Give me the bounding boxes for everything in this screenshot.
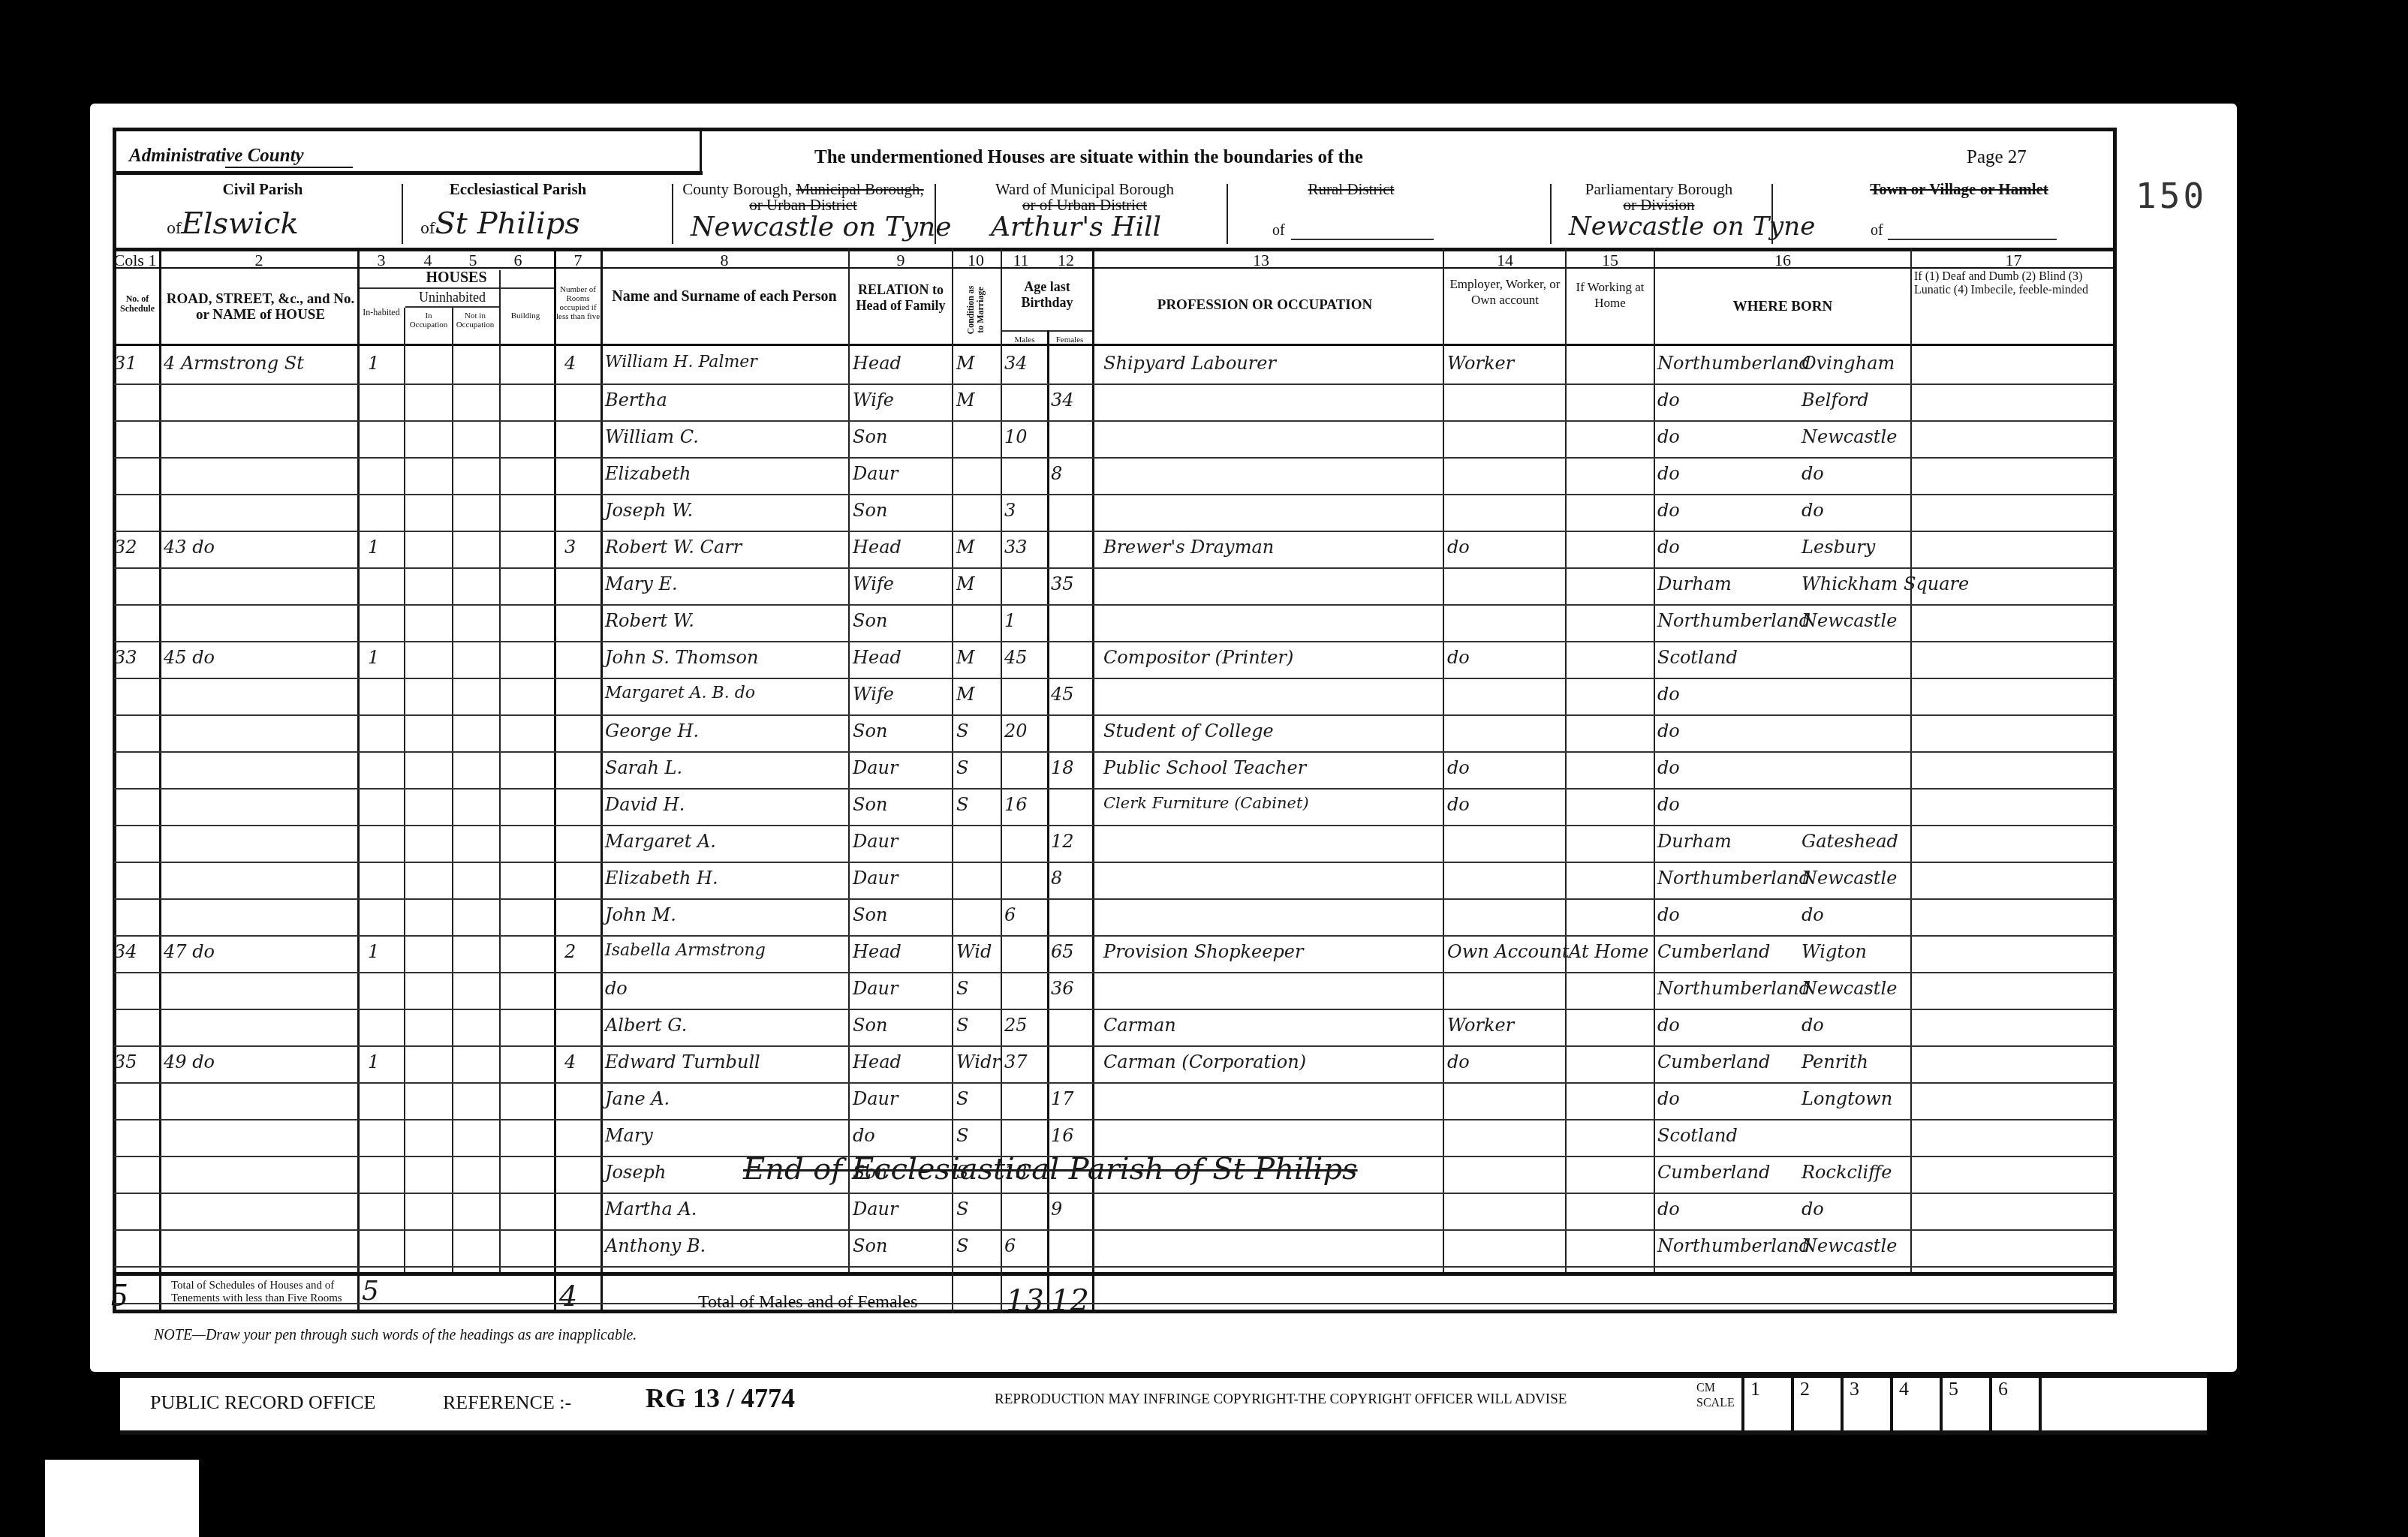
birthplace-county: do <box>1657 684 1800 705</box>
age-female: 17 <box>1051 1088 1090 1109</box>
marital-condition: S <box>956 1015 998 1036</box>
age-female: 65 <box>1051 941 1090 962</box>
relation: Head <box>853 353 950 374</box>
relation: Head <box>853 1051 950 1072</box>
person-name: Mary <box>605 1125 847 1146</box>
birthplace-town: Newcastle <box>1801 1235 1910 1256</box>
person-name: John S. Thomson <box>605 647 847 668</box>
marital-condition: M <box>956 537 998 558</box>
age-female: 36 <box>1051 978 1090 999</box>
schedule-number: 34 <box>114 941 159 962</box>
col-divider <box>357 248 360 1313</box>
relation: Daur <box>853 757 950 778</box>
birthplace-county: do <box>1657 1015 1800 1036</box>
col-divider <box>554 248 556 1313</box>
birthplace-town: do <box>1801 500 1910 521</box>
birthplace-county: do <box>1657 757 1800 778</box>
age-male: 33 <box>1004 537 1045 558</box>
form-note: NOTE—Draw your pen through such words of… <box>154 1327 637 1344</box>
age-male: 20 <box>1004 720 1045 741</box>
scale-tick: 2 <box>1791 1378 1841 1430</box>
marital-condition: S <box>956 978 998 999</box>
footer-office: PUBLIC RECORD OFFICE <box>150 1391 376 1414</box>
birthplace-county: do <box>1657 1088 1800 1109</box>
row-rule <box>114 898 2115 900</box>
scale-tick: 3 <box>1841 1378 1890 1430</box>
birthplace-county: do <box>1657 537 1800 558</box>
age-male: 3 <box>1004 500 1045 521</box>
marital-condition: S <box>956 1125 998 1146</box>
marital-condition: S <box>956 1235 998 1256</box>
employment-status: do <box>1447 1051 1564 1072</box>
rooms-count: 4 <box>564 353 594 374</box>
total-males: 13 <box>1006 1283 1044 1318</box>
header-employment: Employer, Worker, or Own account <box>1445 276 1565 308</box>
scale-tick: 6 <box>1989 1378 2039 1430</box>
birthplace-town: Ovingham <box>1801 353 1910 374</box>
address: 45 do <box>164 647 355 668</box>
schedule-number: 31 <box>114 353 159 374</box>
relation: Son <box>853 426 950 447</box>
occupation: Public School Teacher <box>1103 757 1441 778</box>
employment-status: do <box>1447 794 1564 815</box>
occupation: Provision Shopkeeper <box>1103 941 1441 962</box>
row-rule <box>114 714 2115 716</box>
person-name: David H. <box>605 794 847 815</box>
employment-status: do <box>1447 537 1564 558</box>
relation: Son <box>853 1235 950 1256</box>
birthplace-county: Cumberland <box>1657 941 1800 962</box>
rooms-count: 2 <box>564 941 594 962</box>
birthplace-town: do <box>1801 904 1910 925</box>
birthplace-county: Scotland <box>1657 1125 1800 1146</box>
person-name: Anthony B. <box>605 1235 847 1256</box>
age-male: 34 <box>1004 353 1045 374</box>
relation: Wife <box>853 390 950 411</box>
header-where-born: WHERE BORN <box>1655 299 1910 314</box>
col-divider <box>452 308 453 1272</box>
footer-copyright: REPRODUCTION MAY INFRINGE COPYRIGHT-THE … <box>995 1391 1567 1408</box>
employment-status: Worker <box>1447 353 1564 374</box>
birthplace-county: Scotland <box>1657 647 1800 668</box>
scale-tick: 5 <box>1940 1378 1989 1430</box>
scan-label-patch <box>45 1460 199 1537</box>
relation: Son <box>853 500 950 521</box>
birthplace-town: do <box>1801 1199 1910 1220</box>
header-not-in-occupation: Not in Occupation <box>452 311 498 329</box>
scale-tick: 4 <box>1890 1378 1940 1430</box>
age-male: 6 <box>1004 904 1045 925</box>
age-male: 6 <box>1004 1235 1045 1256</box>
marital-condition: S <box>956 757 998 778</box>
header-address: ROAD, STREET, &c., and No. or NAME of HO… <box>164 291 357 323</box>
birthplace-town: Wigton <box>1801 941 1910 962</box>
total-schedules-label: Total of Schedules of Houses and of Tene… <box>171 1280 351 1305</box>
inhabited-mark: 1 <box>368 353 398 374</box>
inhabited-mark: 1 <box>368 1051 398 1072</box>
header-name: Name and Surname of each Person <box>600 289 848 305</box>
person-name: Bertha <box>605 390 847 411</box>
header-inhabited: In-habited <box>359 308 404 317</box>
row-rule <box>114 751 2115 753</box>
total-inhabited: 5 <box>362 1276 379 1307</box>
total-schedules-count: 5 <box>111 1276 128 1314</box>
header-at-home: If Working at Home <box>1565 279 1655 311</box>
relation: Head <box>853 941 950 962</box>
header-occupation: PROFESSION OR OCCUPATION <box>1103 297 1426 313</box>
person-name: Joseph W. <box>605 500 847 521</box>
working-at-home: At Home <box>1569 941 1653 962</box>
occupation: Brewer's Drayman <box>1103 537 1441 558</box>
col-divider <box>404 308 405 1272</box>
row-rule <box>114 1229 2115 1231</box>
footer-scale-label: CM SCALE <box>1696 1381 1734 1411</box>
birthplace-town: Whickham Square <box>1801 573 1910 594</box>
marital-condition: M <box>956 573 998 594</box>
marital-condition: M <box>956 390 998 411</box>
schedule-number: 32 <box>114 537 159 558</box>
person-name: Robert W. <box>605 610 847 631</box>
inhabited-mark: 1 <box>368 941 398 962</box>
scale-end <box>2039 1378 2129 1430</box>
person-name: John M. <box>605 904 847 925</box>
relation: Daur <box>853 831 950 852</box>
birthplace-town: Newcastle <box>1801 426 1910 447</box>
age-female: 18 <box>1051 757 1090 778</box>
relation: do <box>853 1125 950 1146</box>
row-rule <box>114 1119 2115 1120</box>
houses-rule <box>359 287 554 289</box>
relation: Daur <box>853 868 950 889</box>
occupation: Student of College <box>1103 720 1441 741</box>
birthplace-town: Gateshead <box>1801 831 1910 852</box>
birthplace-county: Northumberland <box>1657 978 1800 999</box>
row-rule <box>114 935 2115 937</box>
employment-status: Own Account <box>1447 941 1564 962</box>
person-name: William C. <box>605 426 847 447</box>
birthplace-county: Cumberland <box>1657 1051 1800 1072</box>
birthplace-town: Rockcliffe <box>1801 1162 1910 1183</box>
marital-condition: S <box>956 720 998 741</box>
row-rule <box>114 457 2115 459</box>
person-name: Jane A. <box>605 1088 847 1109</box>
col-number-rule <box>113 267 2117 269</box>
header-houses: HOUSES <box>359 270 554 286</box>
relation: Daur <box>853 1199 950 1220</box>
age-male: 25 <box>1004 1015 1045 1036</box>
age-female: 8 <box>1051 868 1090 889</box>
total-tenements: 4 <box>559 1280 577 1313</box>
age-female: 8 <box>1051 463 1090 484</box>
address: 47 do <box>164 941 355 962</box>
person-name: Elizabeth <box>605 463 847 484</box>
person-name: Albert G. <box>605 1015 847 1036</box>
birthplace-town: Longtown <box>1801 1088 1910 1109</box>
scale-tick: 1 <box>1741 1378 1791 1430</box>
age-male: 45 <box>1004 647 1045 668</box>
marital-condition: Widr <box>956 1051 998 1072</box>
header-age-females: Females <box>1047 332 1092 348</box>
row-rule <box>114 1193 2115 1194</box>
header-uninhabited: Uninhabited <box>405 290 499 305</box>
age-female: 45 <box>1051 684 1090 705</box>
marital-condition: Wid <box>956 941 998 962</box>
birthplace-town: do <box>1801 1015 1910 1036</box>
row-rule <box>114 1009 2115 1010</box>
person-name: do <box>605 978 847 999</box>
employment-status: do <box>1447 647 1564 668</box>
row-rule <box>114 1303 2115 1304</box>
birthplace-county: do <box>1657 500 1800 521</box>
relation: Head <box>853 537 950 558</box>
relation: Son <box>853 720 950 741</box>
schedule-number: 35 <box>114 1051 159 1072</box>
row-rule <box>114 420 2115 422</box>
occupation: Carman <box>1103 1015 1441 1036</box>
birthplace-county: Northumberland <box>1657 610 1800 631</box>
birthplace-town: Penrith <box>1801 1051 1910 1072</box>
relation: Daur <box>853 1088 950 1109</box>
address: 49 do <box>164 1051 355 1072</box>
row-rule <box>114 862 2115 863</box>
header-infirmity: If (1) Deaf and Dumb (2) Blind (3) Lunat… <box>1914 270 2109 297</box>
employment-status: Worker <box>1447 1015 1564 1036</box>
row-rule <box>114 825 2115 826</box>
row-rule <box>114 604 2115 606</box>
relation: Daur <box>853 978 950 999</box>
marital-condition: S <box>956 794 998 815</box>
birthplace-county: do <box>1657 463 1800 484</box>
header-age-males: Males <box>1002 332 1047 348</box>
age-female: 34 <box>1051 390 1090 411</box>
birthplace-town: Belford <box>1801 390 1910 411</box>
footer-reference-label: REFERENCE :- <box>443 1391 571 1414</box>
address: 43 do <box>164 537 355 558</box>
age-female: 16 <box>1051 1125 1090 1146</box>
age-male: 16 <box>1004 794 1045 815</box>
header-building: Building <box>499 311 552 320</box>
row-rule <box>114 567 2115 569</box>
row-rule <box>114 531 2115 532</box>
person-name: Edward Turnbull <box>605 1051 847 1072</box>
person-name: Isabella Armstrong <box>605 941 847 960</box>
relation: Son <box>853 794 950 815</box>
totals-rule <box>113 1272 2117 1276</box>
relation: Head <box>853 647 950 668</box>
header-age: Age last Birthday <box>1002 279 1092 311</box>
birthplace-county: do <box>1657 390 1800 411</box>
relation: Son <box>853 1015 950 1036</box>
inhabited-mark: 1 <box>368 647 398 668</box>
row-rule <box>114 678 2115 679</box>
birthplace-county: do <box>1657 904 1800 925</box>
person-name: Robert W. Carr <box>605 537 847 558</box>
inhabited-mark: 1 <box>368 537 398 558</box>
person-name: Margaret A. B. do <box>605 684 847 702</box>
birthplace-county: do <box>1657 794 1800 815</box>
marital-condition: S <box>956 1088 998 1109</box>
header-in-occupation: In Occupation <box>405 311 452 329</box>
row-rule <box>114 972 2115 973</box>
person-name: Sarah L. <box>605 757 847 778</box>
row-rule <box>114 383 2115 385</box>
birthplace-county: do <box>1657 1199 1800 1220</box>
header-schedule: No. of Schedule <box>114 294 161 314</box>
person-name: Margaret A. <box>605 831 847 852</box>
birthplace-county: Cumberland <box>1657 1162 1800 1183</box>
person-name: William H. Palmer <box>605 353 847 371</box>
age-male: 1 <box>1004 610 1045 631</box>
row-rule <box>114 788 2115 790</box>
header-relation: RELATION to Head of Family <box>850 282 952 314</box>
column-head-rule <box>113 344 2117 346</box>
rooms-count: 4 <box>564 1051 594 1072</box>
row-rule <box>114 641 2115 642</box>
occupation: Compositor (Printer) <box>1103 647 1441 668</box>
rooms-count: 3 <box>564 537 594 558</box>
person-name: George H. <box>605 720 847 741</box>
birthplace-county: Northumberland <box>1657 868 1800 889</box>
birthplace-town: do <box>1801 463 1910 484</box>
person-name: Mary E. <box>605 573 847 594</box>
row-rule <box>114 1045 2115 1047</box>
row-rule <box>114 1082 2115 1084</box>
birthplace-county: Durham <box>1657 573 1800 594</box>
address: 4 Armstrong St <box>164 353 355 374</box>
age-male: 10 <box>1004 426 1045 447</box>
occupation: Clerk Furniture (Cabinet) <box>1103 794 1441 812</box>
relation: Wife <box>853 573 950 594</box>
birthplace-county: Northumberland <box>1657 353 1800 374</box>
birthplace-county: do <box>1657 720 1800 741</box>
header-condition: Condition as to Marriage <box>966 284 986 336</box>
employment-status: do <box>1447 757 1564 778</box>
schedule-number: 33 <box>114 647 159 668</box>
birthplace-town: Newcastle <box>1801 978 1910 999</box>
folio-stamp: 150 <box>2136 176 2207 216</box>
birthplace-town: Newcastle <box>1801 610 1910 631</box>
col-divider <box>600 248 603 1313</box>
birthplace-town: Newcastle <box>1801 868 1910 889</box>
relation: Son <box>853 610 950 631</box>
end-of-parish-note: End of Ecclesiastical Parish of St Phili… <box>743 1152 1358 1187</box>
marital-condition: M <box>956 684 998 705</box>
marital-condition: M <box>956 647 998 668</box>
row-rule <box>114 494 2115 495</box>
footer-reference: RG 13 / 4774 <box>646 1382 795 1414</box>
marital-condition: M <box>956 353 998 374</box>
total-females: 12 <box>1051 1283 1089 1318</box>
row-rule <box>114 1266 2115 1268</box>
occupation: Shipyard Labourer <box>1103 353 1441 374</box>
person-name: Elizabeth H. <box>605 868 847 889</box>
relation: Wife <box>853 684 950 705</box>
occupation: Carman (Corporation) <box>1103 1051 1441 1072</box>
age-male: 37 <box>1004 1051 1045 1072</box>
col-divider <box>159 248 161 1313</box>
marital-condition: S <box>956 1199 998 1220</box>
age-female: 9 <box>1051 1199 1090 1220</box>
relation: Daur <box>853 463 950 484</box>
age-female: 35 <box>1051 573 1090 594</box>
birthplace-county: Northumberland <box>1657 1235 1800 1256</box>
birthplace-town: Lesbury <box>1801 537 1910 558</box>
relation: Son <box>853 904 950 925</box>
age-female: 12 <box>1051 831 1090 852</box>
total-persons-label: Total of Males and of Females <box>698 1292 917 1313</box>
birthplace-county: Durham <box>1657 831 1800 852</box>
archive-footer: PUBLIC RECORD OFFICE REFERENCE :- RG 13 … <box>120 1373 2207 1435</box>
header-rooms: Number of Rooms occupied if less than fi… <box>555 285 600 321</box>
birthplace-county: do <box>1657 426 1800 447</box>
person-name: Martha A. <box>605 1199 847 1220</box>
